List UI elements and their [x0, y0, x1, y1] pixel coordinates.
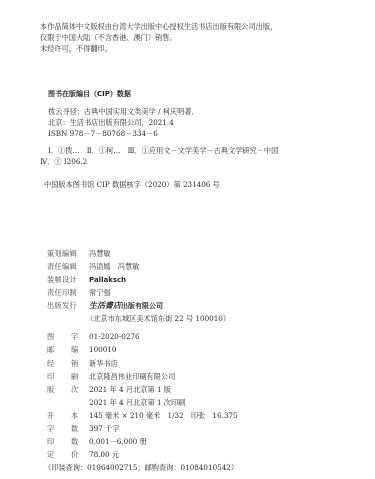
- detail-row: 字数397 千字: [47, 424, 119, 434]
- credit-label: 责任印制: [47, 288, 89, 298]
- cip-heading: 图书在版编目（CIP）数据: [48, 89, 131, 99]
- detail-label: 版次: [47, 385, 89, 395]
- credit-planning-editor: 策划编辑冯慧敏: [47, 249, 111, 259]
- copyright-notice-line-3: 未经许可，不得翻印。: [40, 44, 112, 54]
- detail-label: 图字: [47, 332, 89, 342]
- publisher-address: （北京市东城区美术馆东街 22 号 100010）: [86, 314, 230, 324]
- credit-label: 出版发行: [47, 301, 89, 311]
- detail-label: 经销: [47, 359, 89, 369]
- detail-value: 145 毫米 × 210 毫米 1/32 印张 16.375: [89, 411, 238, 420]
- credit-printing-supervisor: 责任印制常宁强: [47, 288, 111, 298]
- detail-label: 定价: [47, 450, 89, 460]
- detail-row: 开本145 毫米 × 210 毫米 1/32 印张 16.375: [47, 411, 238, 421]
- copyright-notice-line-2: 仅限于中国大陆（不含香港、澳门）销售。: [40, 33, 177, 43]
- detail-row: 印刷北京隆昌伟业印刷有限公司: [47, 372, 175, 382]
- detail-label: 邮编: [47, 345, 89, 355]
- detail-value: 01-2020-0276: [89, 332, 140, 341]
- credit-design: 装帧设计Pallaksch: [47, 275, 126, 285]
- credit-value: 常宁强: [89, 288, 111, 297]
- detail-row: 2021 年 4 月北京第 1 次印刷: [47, 398, 185, 408]
- cip-record-number: 中国版本图书馆 CIP 数据核字（2020）第 231406 号: [44, 180, 220, 190]
- credit-label: 策划编辑: [47, 249, 89, 259]
- detail-value: 78.00 元: [89, 450, 119, 459]
- detail-row: 定价78.00 元: [47, 450, 119, 460]
- credit-value: 冯语嫣 冯慧敏: [89, 262, 139, 271]
- detail-value: 397 千字: [89, 424, 119, 433]
- detail-row: 版次2021 年 4 月北京第 1 版: [47, 385, 171, 395]
- copyright-notice-line-1: 本作品简体中文版权由台湾大学出版中心授权生活书店出版有限公司出版，: [40, 22, 277, 32]
- cip-line-publisher: 北京：生活书店出版有限公司，2021.4: [48, 118, 174, 128]
- detail-row: 图字01-2020-0276: [47, 332, 140, 342]
- detail-label: 印数: [47, 437, 89, 447]
- detail-label: 印刷: [47, 372, 89, 382]
- cip-line-isbn: ISBN 978－7－80768－334－6: [48, 129, 158, 139]
- detail-value: 新华书店: [89, 359, 118, 368]
- detail-row: 邮编100010: [47, 345, 116, 355]
- credit-label: 责任编辑: [47, 262, 89, 272]
- contact-info: （印装查询：01064002715；邮购查询：01084010542）: [44, 463, 238, 473]
- credit-value: Pallaksch: [89, 276, 126, 284]
- detail-row: 经销新华书店: [47, 359, 118, 369]
- detail-value: 北京隆昌伟业印刷有限公司: [89, 372, 175, 381]
- detail-value: 100010: [89, 345, 116, 354]
- cip-classification-1: Ⅰ．①拨… Ⅱ．①柯… Ⅲ．①应用文－文学美学－古典文学研究－中国: [48, 146, 278, 156]
- publisher-name-rest: 出版有限公司: [121, 302, 163, 310]
- cip-line-title: 拨云寻径：古典中国实用文类美学 / 柯庆明著．: [48, 107, 199, 117]
- detail-label: 字数: [47, 424, 89, 434]
- detail-value: 0,001－6,000 册: [89, 437, 147, 446]
- detail-label: [47, 398, 89, 408]
- credit-value: 冯慧敏: [89, 249, 111, 258]
- credit-label: 装帧设计: [47, 275, 89, 285]
- detail-value: 2021 年 4 月北京第 1 次印刷: [89, 398, 185, 407]
- detail-value: 2021 年 4 月北京第 1 版: [89, 385, 171, 394]
- publisher-brand-logo: 生活書店: [89, 301, 121, 310]
- detail-label: 开本: [47, 411, 89, 421]
- credit-publisher: 出版发行生活書店出版有限公司: [47, 301, 163, 311]
- credit-responsible-editor: 责任编辑冯语嫣 冯慧敏: [47, 262, 139, 272]
- cip-classification-2: Ⅳ．① I206.2: [40, 157, 87, 167]
- detail-row: 印数0,001－6,000 册: [47, 437, 147, 447]
